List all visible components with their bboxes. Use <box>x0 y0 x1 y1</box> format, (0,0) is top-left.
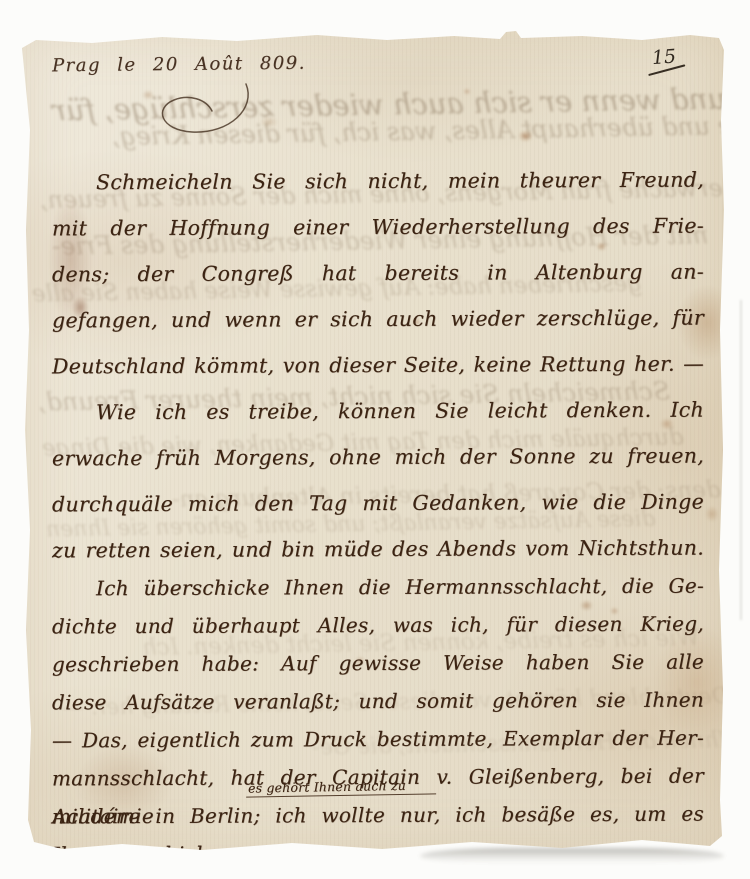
manuscript-line: geschrieben habe: Auf gewisse Weise habe… <box>52 643 704 684</box>
manuscript-line: mit der Hoffnung einer Wiederherstellung… <box>52 203 704 252</box>
manuscript-line: dens; der Congreß hat bereits in Altenbu… <box>52 249 704 298</box>
manuscript-line: — Das, eigentlich zum Druck bestimmte, E… <box>52 719 704 760</box>
scanner-edge-line <box>740 300 742 620</box>
dateline-flourish <box>134 82 264 146</box>
paragraph: Ich überschicke Ihnen die Hermannsschlac… <box>52 568 704 872</box>
manuscript-line: Schmeicheln Sie sich nicht, mein theurer… <box>52 157 704 206</box>
interline-insertion: es gehört Ihnen auch zu <box>246 777 436 797</box>
page-number-text: 15 <box>651 45 677 69</box>
manuscript-line: durchquäle mich den Tag mit Gedanken, wi… <box>52 479 704 528</box>
foxing-spot <box>518 130 533 142</box>
paragraph: Schmeicheln Sie sich nicht, mein theurer… <box>52 158 704 388</box>
manuscript-line: diese Aufsätze veranlaßt; und somit gehö… <box>52 681 704 722</box>
foxing-spot <box>705 506 719 522</box>
manuscript-line: Wie ich es treibe, können Sie leicht den… <box>52 387 704 436</box>
manuscript-line: dichte und überhaupt Alles, was ich, für… <box>52 605 704 646</box>
manuscript-line: gefangen, und wenn er sich auch wieder z… <box>52 295 704 344</box>
manuscript-line: militaire in Berlin; ich wollte nur, ich… <box>52 795 704 836</box>
dateline: Prag le 20 Août 809. <box>52 53 306 77</box>
scanner-shadow <box>420 848 724 864</box>
manuscript-line: Ich überschicke Ihnen die Hermannsschlac… <box>52 567 704 608</box>
page-number: 15 <box>651 45 686 72</box>
paragraph: Wie ich es treibe, können Sie leicht den… <box>52 388 704 572</box>
manuscript-page: gefangen, und wenn er sich auch wieder z… <box>22 30 724 854</box>
manuscript-line: erwache früh Morgens, ohne mich der Sonn… <box>52 433 704 482</box>
foxing-spot <box>463 88 471 95</box>
manuscript-line: Deutschland kömmt, von dieser Seite, kei… <box>52 341 704 390</box>
